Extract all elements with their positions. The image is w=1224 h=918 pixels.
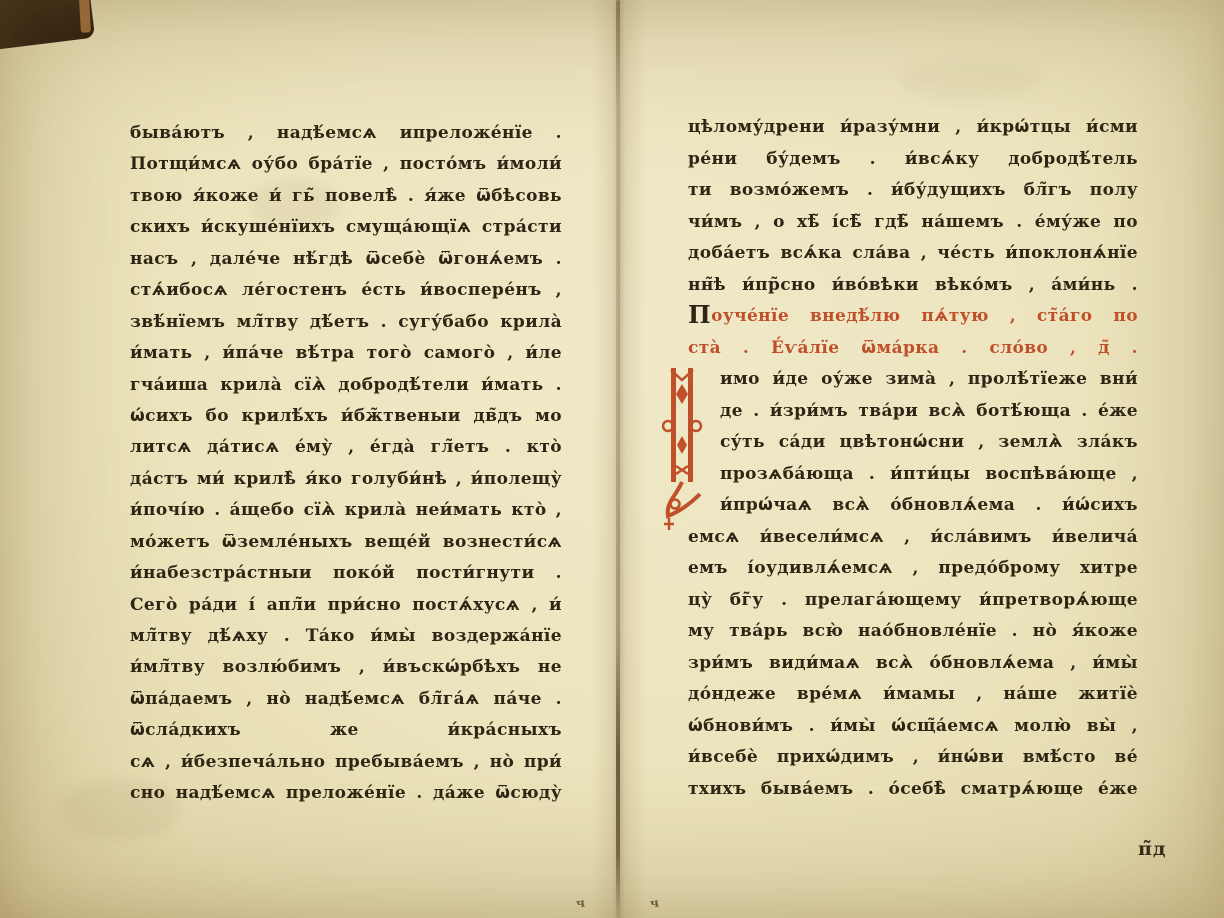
text-line: су́ть са́ди цвѣтонѡ́сни , землѧ̀ зла́къ — [720, 427, 1138, 459]
pen-mark: ч — [575, 895, 586, 910]
text-line: и́всебѐ прихѡ́димъ , и́нѡ́ви вмѣ́сто ве́ — [688, 742, 1138, 774]
text-line: мо́жетъ ѿземле́ныхъ веще́й вознести́сѧ , — [130, 527, 562, 558]
book-photo: быва́ютъ , надѣ́емсѧ ипреложе́нїе . Потщ… — [0, 0, 1224, 918]
text-line: сно надѣ́емсѧ преложе́нїе . да́же ѿсюду̀ — [130, 778, 562, 809]
text-line: ти возмо́жемъ . и́бу́дущихъ бл̃гъ полу — [688, 175, 1138, 207]
left-page: быва́ютъ , надѣ́емсѧ ипреложе́нїе . Потщ… — [130, 118, 562, 810]
text-line: и́прѡ́чаѧ всѧ̀ о́бновлѧ́ема . и́ѡ́сихъ р… — [720, 490, 1138, 522]
text-line: нн̃ѣ и́пр̃сно и́во́вѣки вѣко́мъ , а́ми́н… — [688, 270, 1138, 302]
text-line: ѡ́сихъ бо крилѣ́хъ и́бж̃твеныи дв̃дъ мо — [130, 401, 562, 432]
text-line: литсѧ да́тисѧ е́му̀ , е́гда̀ гл̃етъ . кт… — [130, 432, 562, 463]
text-line: тхихъ быва́емъ . о́себѣ̀ сматрѧ́юще е́же — [688, 774, 1138, 806]
text-line: сѧ , и́безпеча́льно пребыва́емъ , но̀ пр… — [130, 747, 562, 778]
text-line: доба́етъ всѧ́ка сла́ва , че́сть и́поклон… — [688, 238, 1138, 270]
text-line: до́ндеже вре́мѧ и́мамы , на́ше житїѐ — [688, 679, 1138, 711]
text-line: да́стъ ми́ крилѣ̀ я́ко голуби́нѣ , и́пол… — [130, 464, 562, 495]
show-through-stain — [900, 60, 1040, 100]
text-line: и́мл̃тву возлю́бимъ , и́въскѡ́рбѣхъ не — [130, 652, 562, 683]
text-line: ѡ́бнови́мъ . и́мы̀ ѡ́сщ̃а́емсѧ молю̀ вы̀… — [688, 711, 1138, 743]
text-line: Потщи́мсѧ оу́бо бра́тїе , посто́мъ и́мол… — [130, 149, 562, 180]
text-line: насъ , дале́че нѣ́гдѣ ѿсебѐ ѿгонѧ́емъ . … — [130, 244, 562, 275]
rubric-line: Поуче́нїе внедѣ́лю пѧ́тую , ст̃а́го по — [688, 301, 1138, 333]
initial-paragraph: М им — [688, 364, 1138, 522]
text-line: ѿсла́дкихъ же и́кра́сныхъ непревозноша́е… — [130, 715, 562, 746]
text-line: зри́мъ види́маѧ всѧ̀ о́бновлѧ́ема , и́мы… — [688, 648, 1138, 680]
text-line: прозѧба́юща . и́пти́цы воспѣва́юще , — [720, 459, 1138, 491]
text-line: ѿпа́даемъ , но̀ надѣ́емсѧ бл̃га́ѧ па́че … — [130, 684, 562, 715]
text-line: чи́мъ , о хѣ̃ і́сѣ̃ гдѣ̃ на́шемъ . е́му́… — [688, 207, 1138, 239]
text-line: звѣ́нїемъ мл̃тву дѣ́етъ . сугу́бабо крил… — [130, 307, 562, 338]
text-line: гча́иша крила̀ сїѧ̀ добродѣ́тели и́мать … — [130, 370, 562, 401]
text-line: твою я́коже и́ гь̃ повелѣ̀ . я́же ѿбѣсов… — [130, 181, 562, 212]
cover-corner — [0, 0, 95, 50]
text-line: мл̃тву дѣ́ѧху . Та́ко и́мы̀ воздержа́нїе — [130, 621, 562, 652]
text-line: и́почі́ю . а́щебо сїѧ̀ крила̀ неи́мать к… — [130, 495, 562, 526]
text-line: Сего̀ ра́ди і́ апл̃и при́сно постѧ́хусѧ … — [130, 590, 562, 621]
text-line: ре́ни бу́демъ . и́всѧ́ку добродѣ́тель и́… — [688, 144, 1138, 176]
quire-signature: п̃д — [1138, 838, 1167, 860]
ornamental-initial: М — [662, 366, 708, 532]
text-line: и́мать , и́па́че вѣ́тра того̀ самого̀ , … — [130, 338, 562, 369]
text-line: му тва́рь всю̀ нао́бновле́нїе . но̀ я́ко… — [688, 616, 1138, 648]
gutter-fold-line — [616, 0, 620, 918]
text-line: имо и́де оу́же зима̀ , пролѣ́тїеже вни́ — [720, 364, 1138, 396]
text-line: цу̀ бг̃у . прелага́ющему и́претворѧ́юще — [688, 585, 1138, 617]
text-line: емсѧ и́весели́мсѧ , и́сла́вимъ и́велича́ — [688, 522, 1138, 554]
text-line: быва́ютъ , надѣ́емсѧ ипреложе́нїе . — [130, 118, 562, 149]
ornamental-initial-drawing — [662, 366, 708, 532]
rubric-line: ста̀ . Е́ѵа́лїе ѿма́рка . сло́во , д̃ . — [688, 333, 1138, 365]
text-line: стѧ́ибосѧ ле́гостенъ е́сть и́воспере́нъ … — [130, 275, 562, 306]
rubric-initial: П — [688, 301, 711, 329]
text-line: и́набезстра́стныи поко́й пости́гнути . — [130, 558, 562, 589]
text-line: емъ і́оудивлѧ́емсѧ , предо́брому хитре — [688, 553, 1138, 585]
text-line: цѣлому́дрени и́разу́мни , и́крѡ́тцы и́см… — [688, 112, 1138, 144]
text-line: скихъ и́скуше́нїихъ смуща́ющїѧ стра́сти — [130, 212, 562, 243]
cover-edge-stripe — [78, 0, 90, 33]
right-page: цѣлому́дрени и́разу́мни , и́крѡ́тцы и́см… — [688, 112, 1138, 805]
text-line: де . и́зри́мъ тва́ри всѧ̀ ботѣ́юща . е́ж… — [720, 396, 1138, 428]
rubric-text: оуче́нїе внедѣ́лю пѧ́тую , ст̃а́го по — [711, 306, 1138, 326]
pen-mark: ч — [649, 895, 660, 910]
